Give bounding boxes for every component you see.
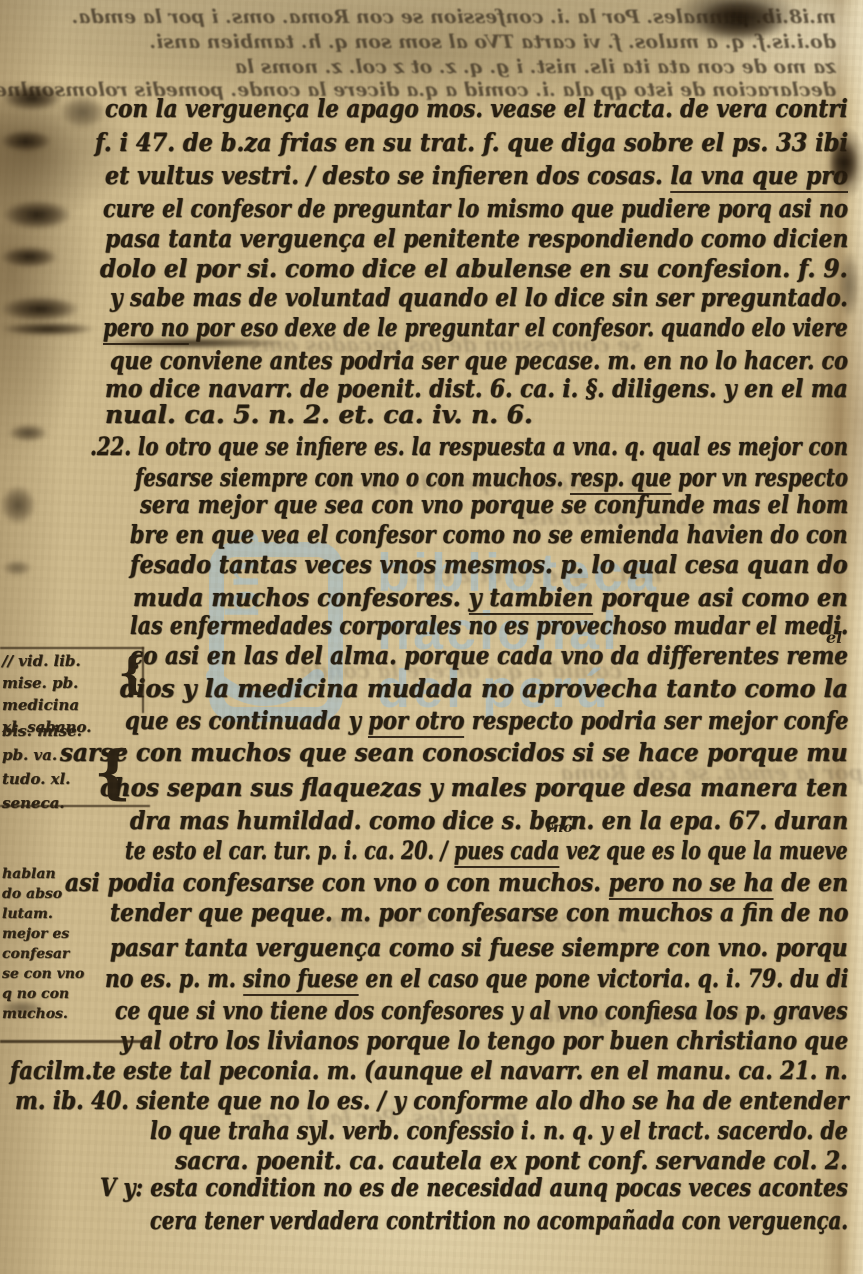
ink-blotch: [95, 338, 290, 348]
ink-blotch: [0, 485, 36, 525]
ink-blotch: [8, 424, 48, 442]
ink-blotch: [2, 85, 62, 111]
ink-blotch: [838, 250, 860, 320]
manuscript-page: m.i8.ib. pannales. Por la .i. confession…: [0, 0, 863, 1274]
ink-blotch: [828, 138, 858, 188]
ink-blotch: [0, 1000, 44, 1016]
ink-blotch: [0, 130, 52, 152]
ink-blotch-layer: [0, 0, 863, 1274]
ink-blotch: [0, 246, 58, 268]
ink-blotch: [2, 560, 32, 576]
ink-blotch: [60, 95, 106, 129]
ink-blotch: [0, 296, 80, 322]
ink-blotch: [0, 322, 95, 336]
ink-blotch: [2, 200, 72, 230]
ink-blotch: [695, 0, 785, 40]
